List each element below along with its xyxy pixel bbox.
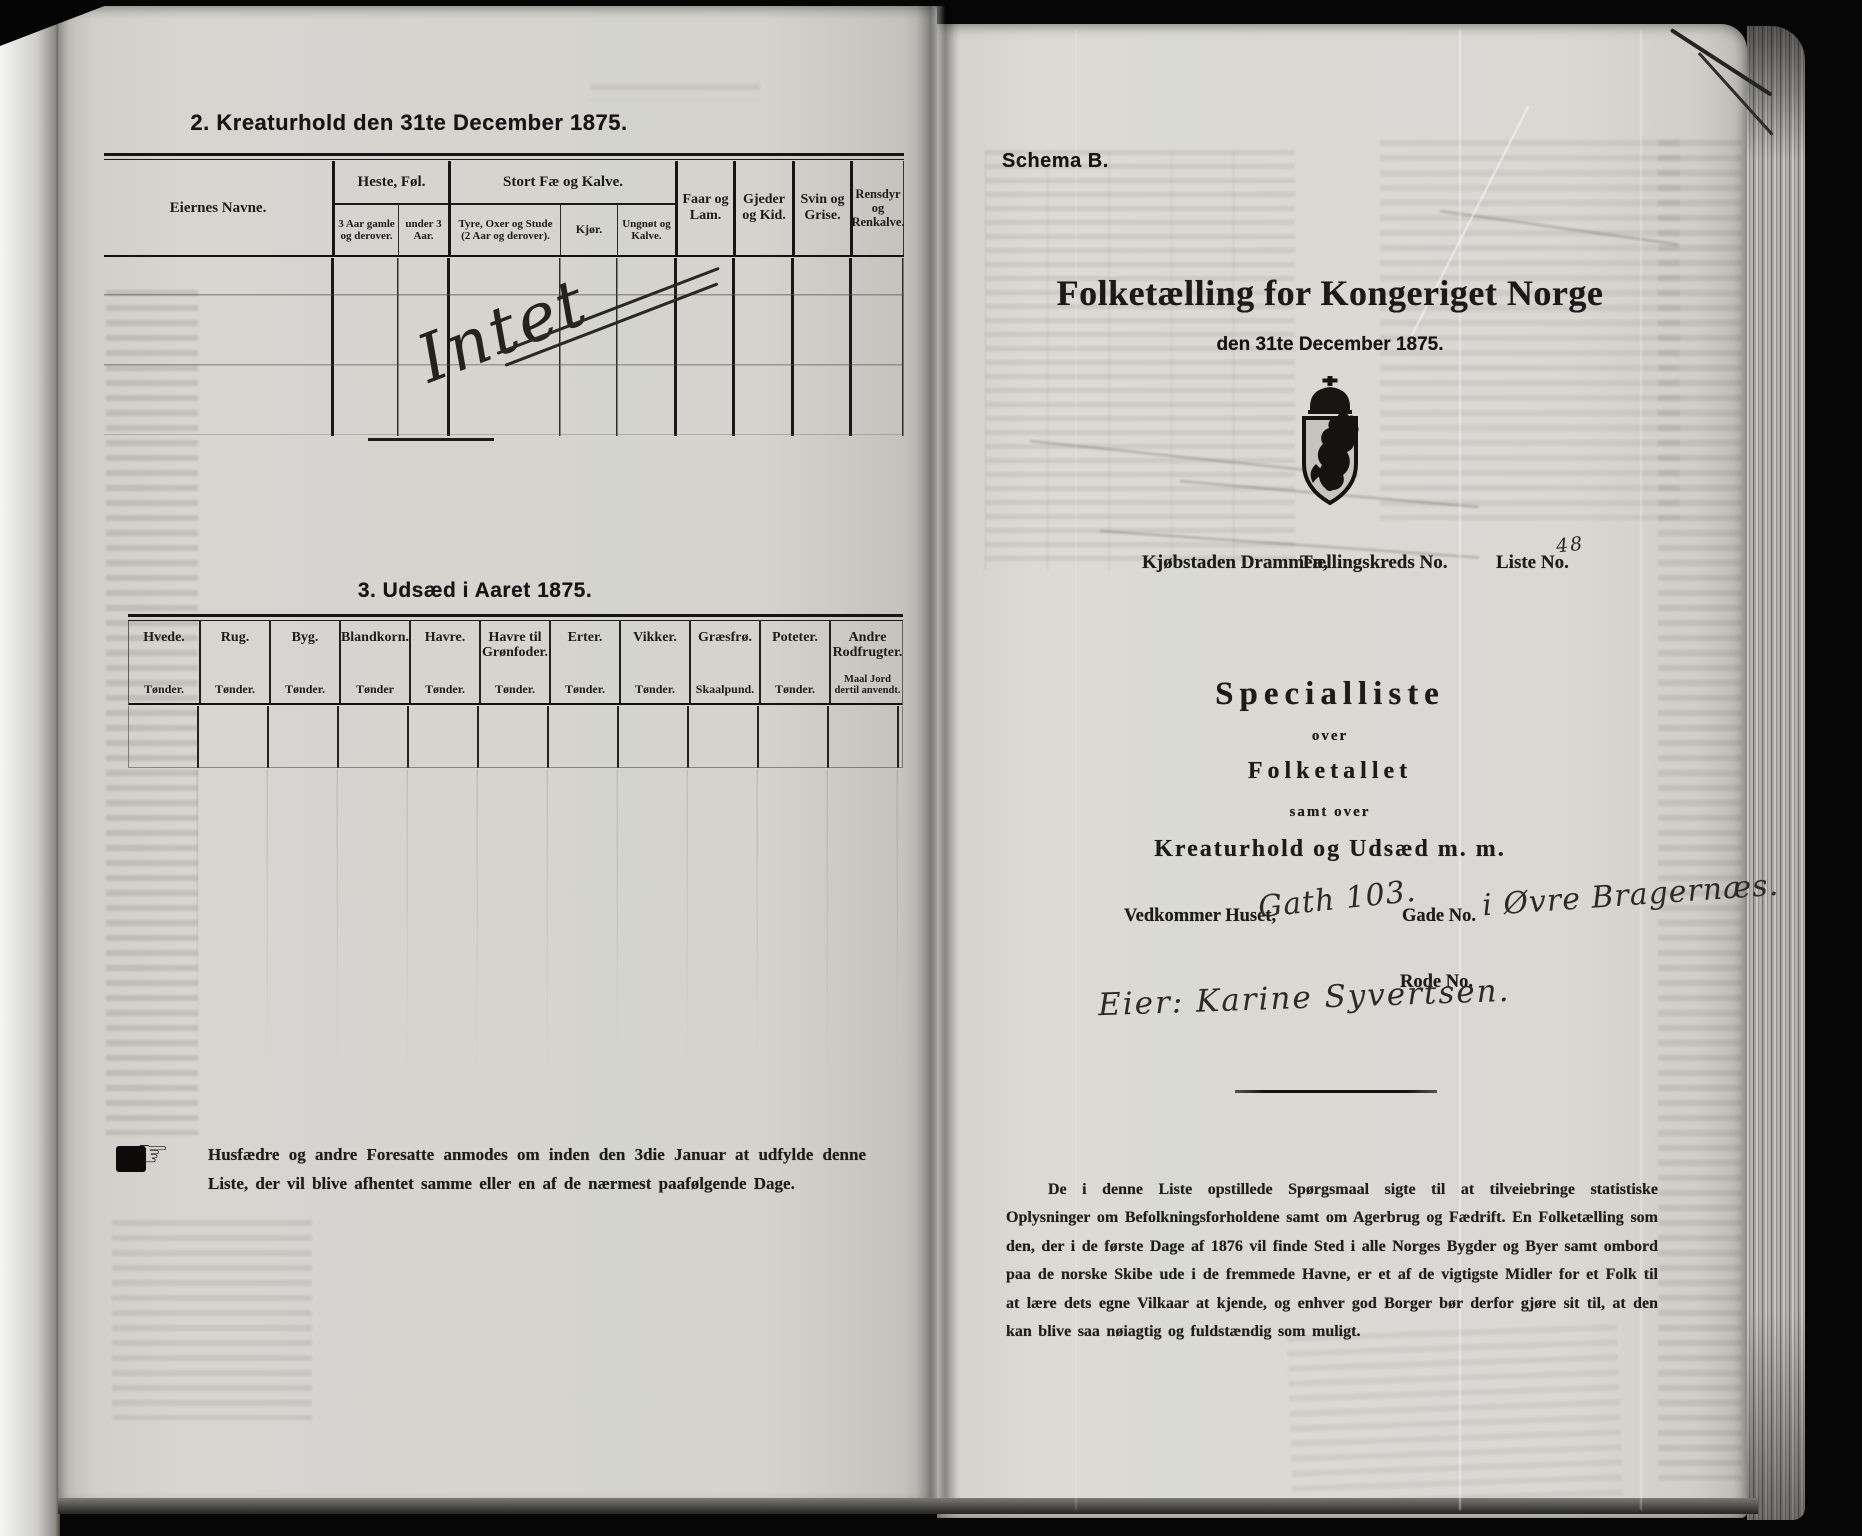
column-header-vikker: Vikker. Tønder. xyxy=(619,621,689,703)
scanner-left-paper-edge xyxy=(0,0,60,1536)
census-main-title: Folketælling for Kongeriget Norge xyxy=(1010,272,1650,314)
heading-folketallet: Folketallet xyxy=(1030,758,1630,785)
intro-paragraph: De i denne Liste opstillede Spørgsmaal s… xyxy=(1006,1176,1658,1347)
kreaturhold-section-title: 2. Kreaturhold den 31te December 1875. xyxy=(104,110,714,136)
column-header-hvede: Hvede. Tønder. xyxy=(129,621,199,703)
vedkommer-huset-label: Vedkommer Huset, xyxy=(1124,906,1276,927)
udsaed-table-faded-grid xyxy=(128,770,903,1070)
coat-of-arms-icon xyxy=(1292,376,1368,515)
book-fore-edge xyxy=(1747,26,1805,1520)
column-header-andre-rodfrugter: Andre Rodfrugter. Maal Jord dertil anven… xyxy=(829,621,904,703)
column-header-havre-groenfoder: Havre til Grønfoder. Tønder. xyxy=(479,621,549,703)
subcolumn-3-aar: 3 Aar gamle og derover. xyxy=(332,205,398,255)
udsaed-section-title: 3. Udsæd i Aaret 1875. xyxy=(128,579,822,603)
book-gutter xyxy=(916,6,958,1512)
census-subtitle: den 31te December 1875. xyxy=(1010,334,1650,356)
column-header-svin-og-grise: Svin og Grise. xyxy=(792,161,850,255)
column-header-erter: Erter. Tønder. xyxy=(549,621,619,703)
heading-kreaturhold-udsaed: Kreaturhold og Udsæd m. m. xyxy=(1030,836,1630,863)
kreaturhold-table-header: Eiernes Navne. Heste, Føl. Stort Fæ og K… xyxy=(104,161,904,257)
column-header-graesfroe: Græsfrø. Skaalpund. xyxy=(689,621,759,703)
column-header-havre: Havre. Tønder. xyxy=(409,621,479,703)
section-end-rule xyxy=(368,438,494,441)
bleedthrough-text xyxy=(1380,140,1680,520)
footnote-text: Husfædre og andre Foresatte anmodes om i… xyxy=(208,1140,866,1198)
district-label: Tællingskreds No. xyxy=(1300,552,1447,574)
subcolumn-tyre-oxer: Tyre, Oxer og Stude (2 Aar og derover). xyxy=(448,205,560,255)
column-header-gjeder-og-kid: Gjeder og Kid. xyxy=(733,161,792,255)
column-header-rug: Rug. Tønder. xyxy=(199,621,269,703)
handwritten-liste-number: 48 xyxy=(1555,533,1585,558)
table-top-rule xyxy=(128,614,903,621)
divider-rule xyxy=(1235,1090,1437,1093)
subcolumn-ungnoet: Ungnøt og Kalve. xyxy=(617,205,675,255)
bleedthrough-text-column xyxy=(1658,140,1742,1480)
bleedthrough-handwriting xyxy=(1287,1324,1623,1515)
schema-label: Schema B. xyxy=(1002,150,1109,173)
column-group-heste: Heste, Føl. xyxy=(332,161,448,205)
census-book-scan: 2. Kreaturhold den 31te December 1875. E… xyxy=(0,0,1862,1536)
subcolumn-under-3-aar: under 3 Aar. xyxy=(398,205,448,255)
heading-samt-over: samt over xyxy=(1030,804,1630,821)
pointing-hand-icon: ☞ xyxy=(136,1132,169,1175)
column-header-byg: Byg. Tønder. xyxy=(269,621,339,703)
udsaed-table-header: Hvede. Tønder. Rug. Tønder. Byg. Tønder.… xyxy=(128,621,903,705)
table-top-rule xyxy=(104,153,904,160)
column-header-rensdyr: Rensdyr og Renkalve. xyxy=(850,161,904,255)
column-header-blandkorn: Blandkorn. Tønder xyxy=(339,621,409,703)
heading-over: over xyxy=(1030,728,1630,745)
bleedthrough-table xyxy=(985,150,1295,570)
bleedthrough-text xyxy=(112,1220,312,1420)
gade-no-label: Gade No. xyxy=(1402,906,1476,927)
specialliste-heading: Specialliste xyxy=(1030,676,1630,713)
bleedthrough-text xyxy=(590,84,760,100)
column-header-eiernes-navne: Eiernes Navne. xyxy=(104,161,332,255)
column-header-faar-og-lam: Faar og Lam. xyxy=(675,161,733,255)
subcolumn-kjoer: Kjør. xyxy=(560,205,617,255)
column-header-poteter: Poteter. Tønder. xyxy=(759,621,829,703)
udsaed-table-body xyxy=(128,706,903,768)
column-group-stort-fae: Stort Fæ og Kalve. xyxy=(448,161,675,205)
